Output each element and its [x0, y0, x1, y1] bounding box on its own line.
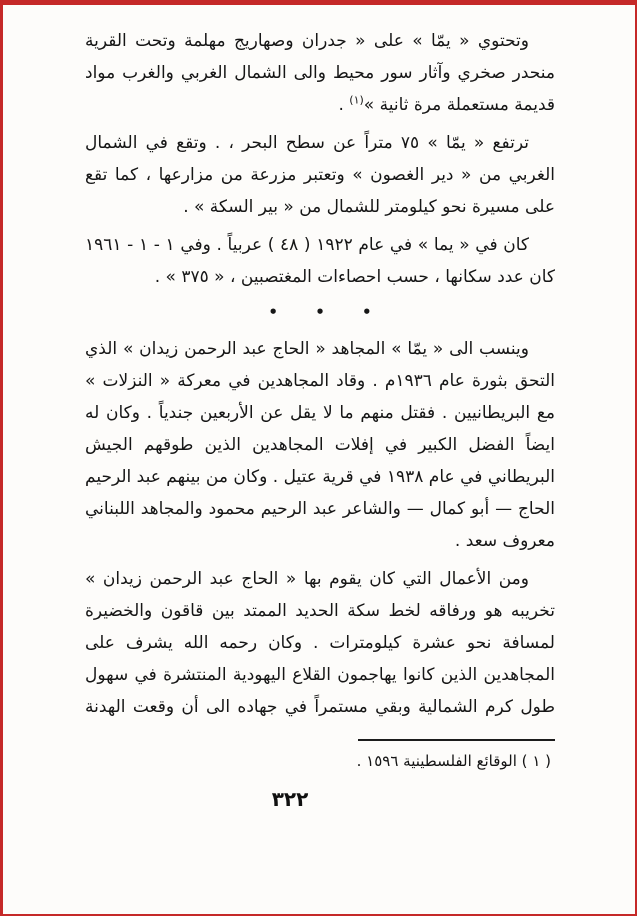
footnote: ( ١ ) الوقائع الفلسطينية ١٥٩٦ . [357, 749, 551, 773]
body-paragraph: وتحتوي « يمّا » على « جدران وصهاريج مهلم… [85, 25, 555, 121]
footnote-divider [358, 739, 555, 741]
paragraph-suffix: . [338, 95, 349, 115]
section-separator-dots: • • • [85, 299, 555, 325]
page-text-block: وتحتوي « يمّا » على « جدران وصهاريج مهلم… [85, 25, 555, 731]
footnote-ref-marker: (١) [349, 93, 364, 106]
body-paragraph: كان في « يما » في عام ١٩٢٢ ( ٤٨ ) عربياً… [85, 229, 555, 293]
body-paragraph: ترتفع « يمّا » ٧٥ متراً عن سطح البحر ، .… [85, 127, 555, 223]
paragraph-text: وتحتوي « يمّا » على « جدران وصهاريج مهلم… [85, 31, 555, 115]
book-page: وتحتوي « يمّا » على « جدران وصهاريج مهلم… [0, 0, 637, 916]
body-paragraph: وينسب الى « يمّا » المجاهد « الحاج عبد ا… [85, 333, 555, 557]
body-paragraph: ومن الأعمال التي كان يقوم بها « الحاج عب… [85, 563, 555, 731]
page-number: ٣٢٢ [235, 787, 345, 811]
